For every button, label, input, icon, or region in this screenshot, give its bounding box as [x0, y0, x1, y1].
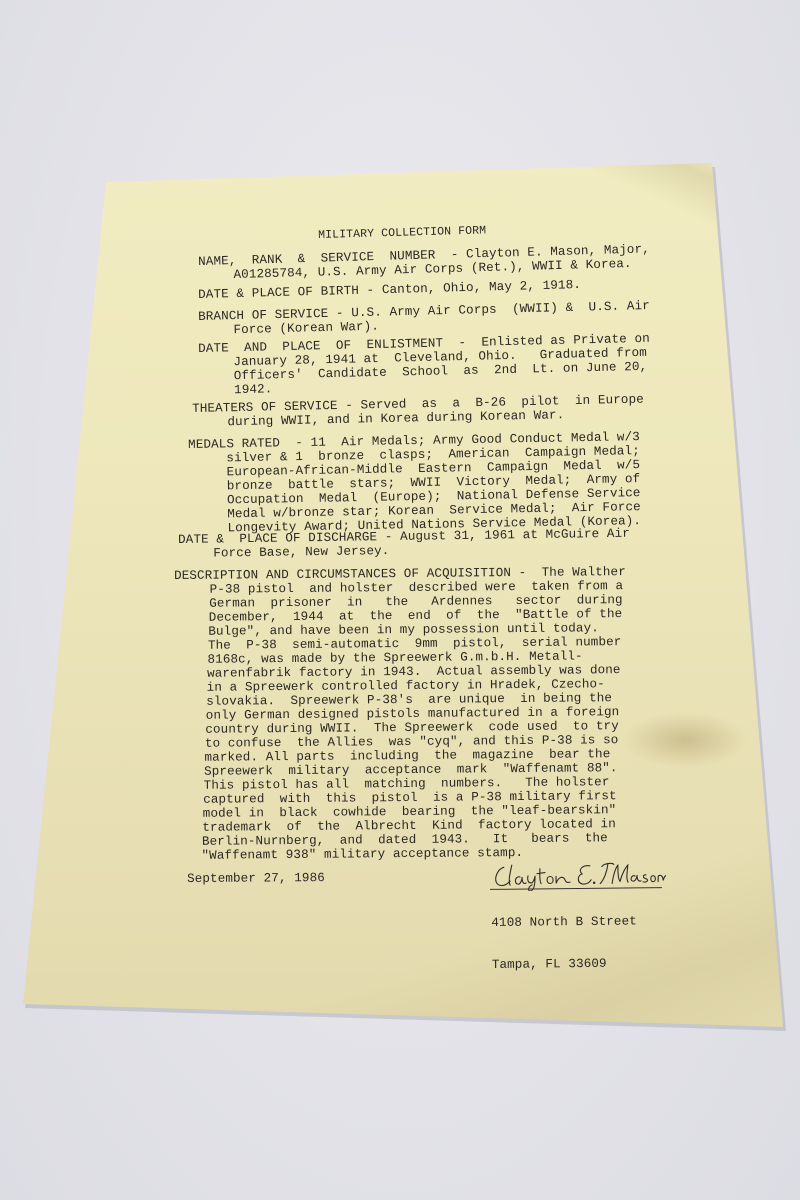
address-city: Tampa, FL 33609	[492, 956, 638, 972]
address-block: 4108 North B Street Tampa, FL 33609	[491, 886, 638, 986]
date-signed: September 27, 1986	[187, 871, 325, 886]
form-section: DATE AND PLACE OF ENLISTMENT - Enlisted …	[198, 332, 651, 398]
address-street: 4108 North B Street	[491, 914, 637, 930]
form-section: DESCRIPTION AND CIRCUMSTANCES OF ACQUISI…	[174, 565, 628, 863]
form-section: MEDALS RATED - 11 Air Medals; Army Good …	[188, 430, 641, 536]
